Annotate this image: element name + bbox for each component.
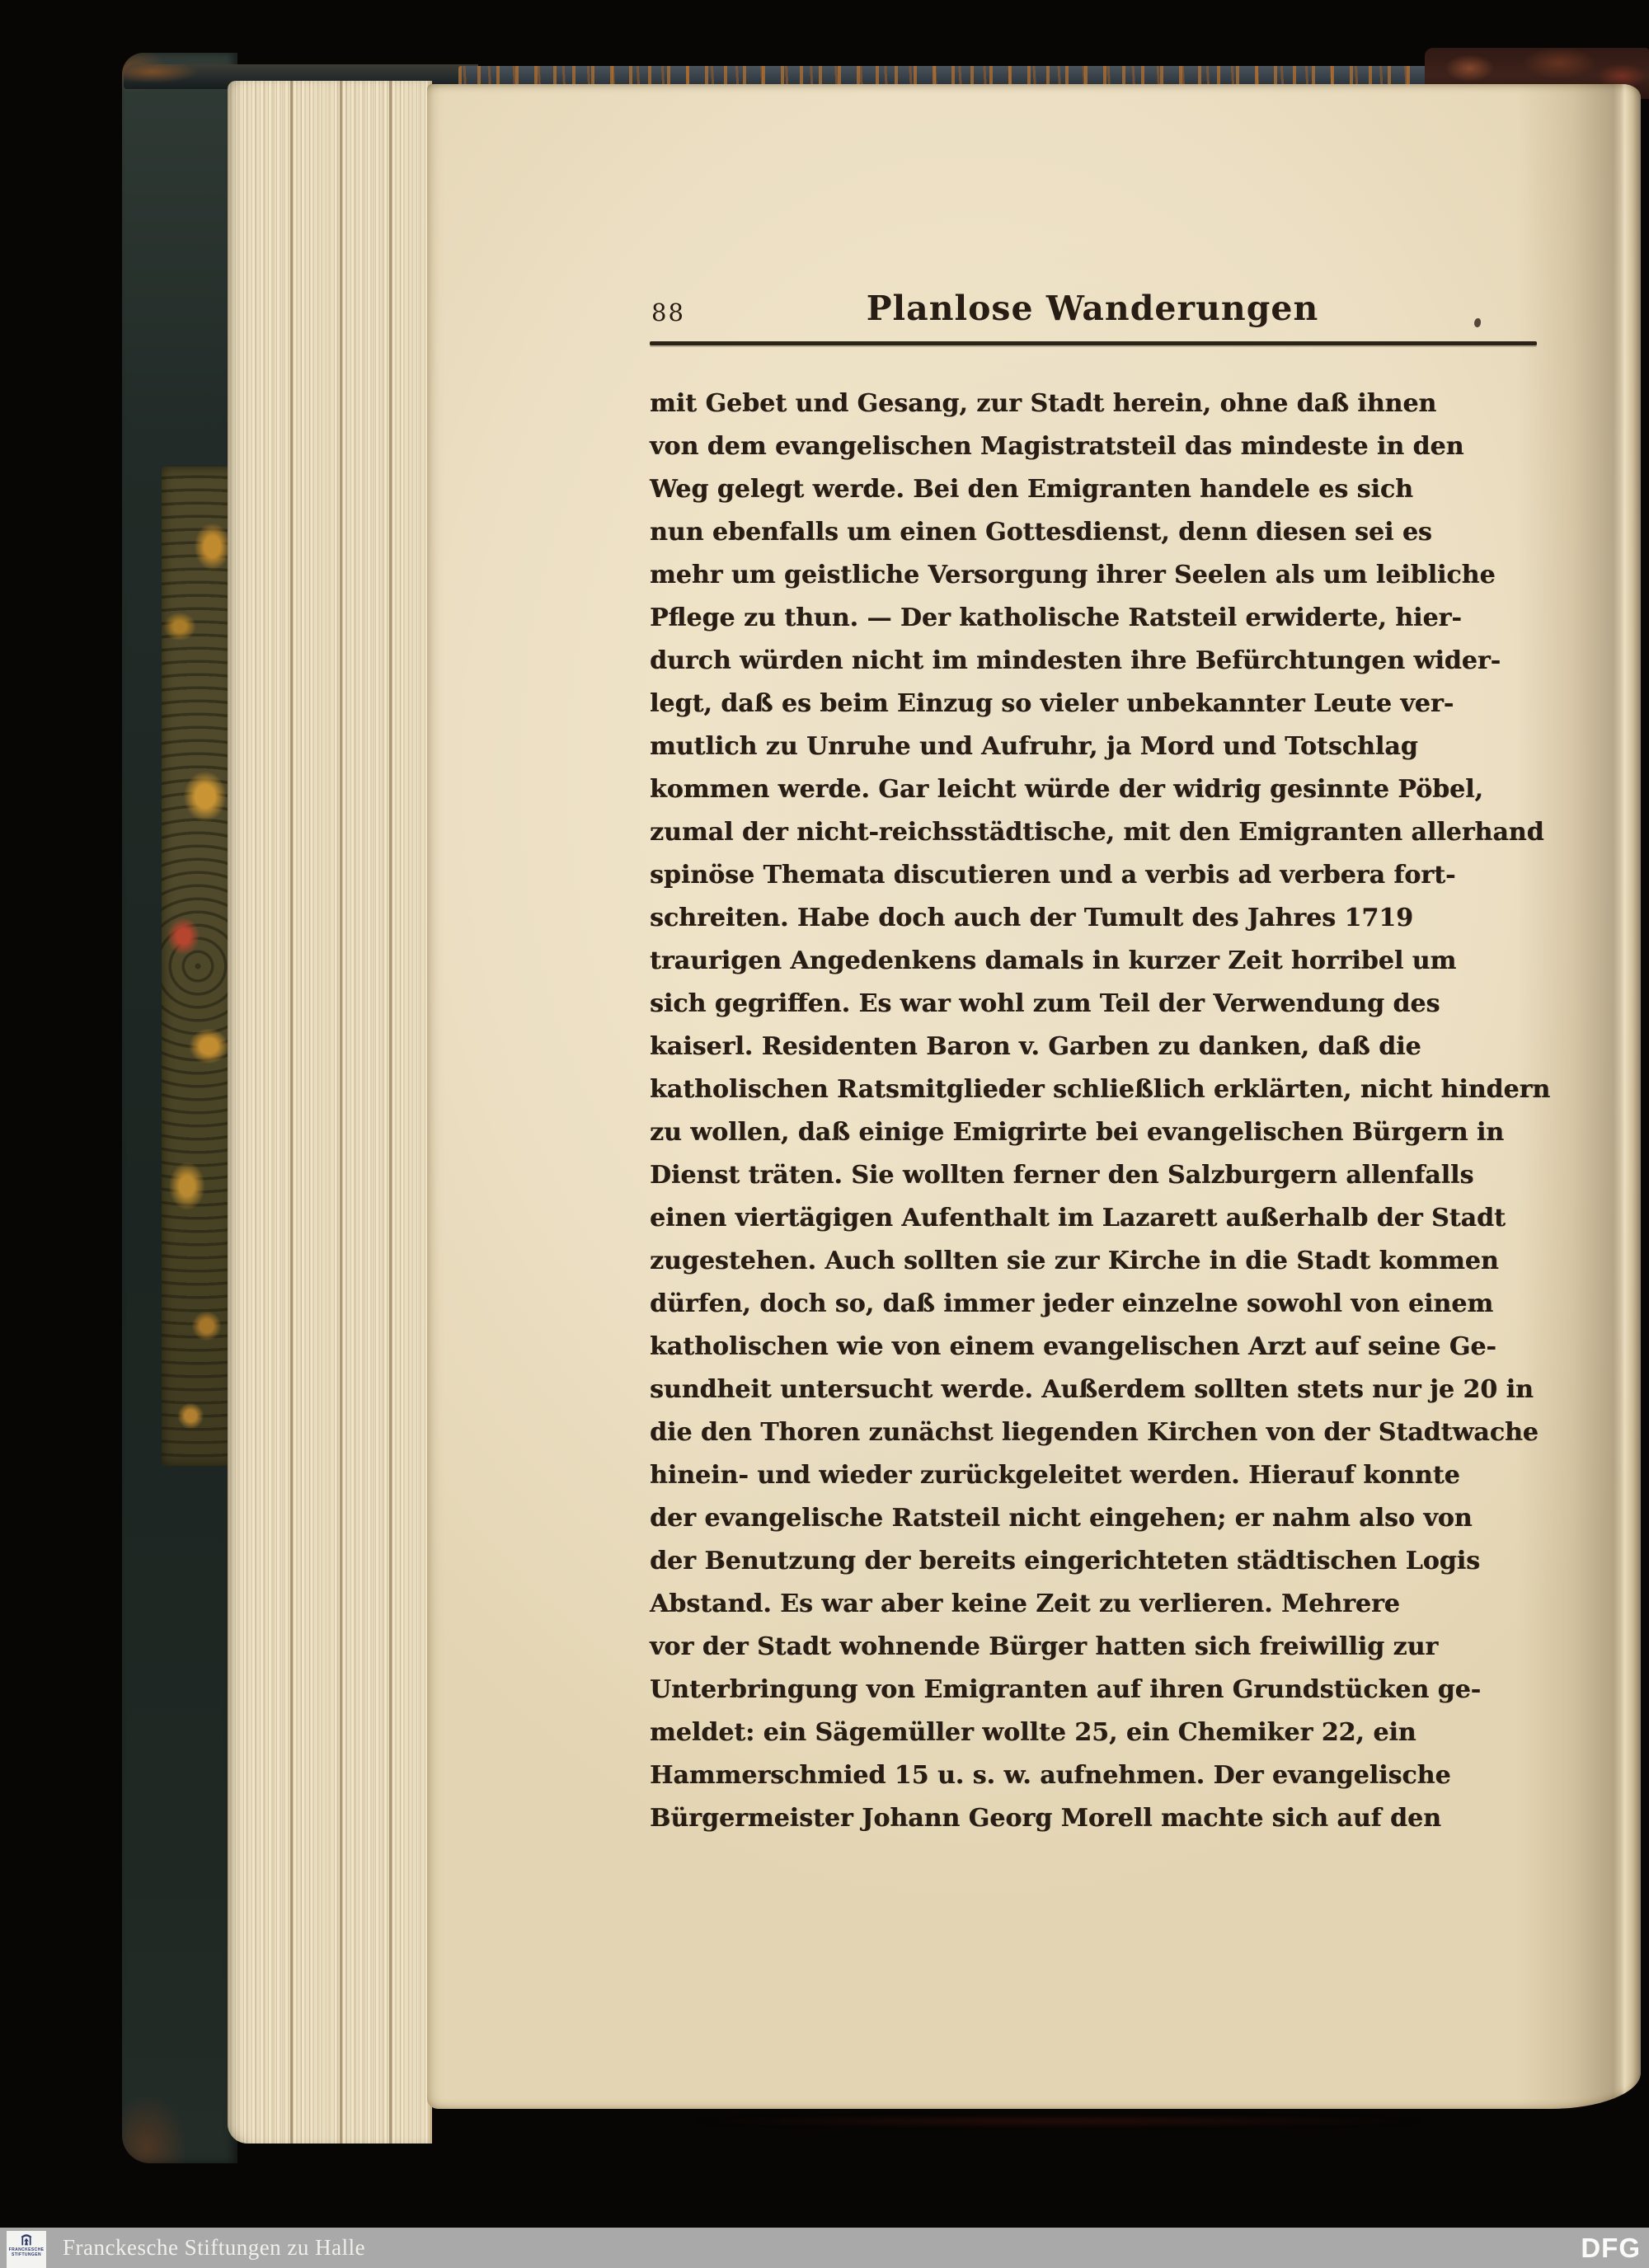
institution-label: Franckesche Stiftungen zu Halle	[63, 2228, 365, 2268]
header-rule	[650, 341, 1537, 345]
dfg-logo: DFG	[1581, 2228, 1641, 2268]
text-line: vor der Stadt wohnende Bürger hatten sic…	[650, 1626, 1535, 1669]
text-line: zu wollen, daß einige Emigrirte bei evan…	[650, 1111, 1535, 1154]
text-line: hinein- und wieder zurückgeleitet werden…	[650, 1454, 1535, 1497]
text-line: legt, daß es beim Einzug so vieler unbek…	[650, 683, 1535, 725]
text-line: kaiserl. Residenten Baron v. Garben zu d…	[650, 1026, 1535, 1068]
text-line: der Benutzung der bereits eingerichteten…	[650, 1540, 1535, 1583]
text-line: Abstand. Es war aber keine Zeit zu verli…	[650, 1583, 1535, 1626]
text-line: sich gegriffen. Es war wohl zum Teil der…	[650, 983, 1535, 1026]
text-line: Dienst träten. Sie wollten ferner den Sa…	[650, 1154, 1535, 1197]
scanned-book-photo: { "page": { "number": "88", "running_tit…	[0, 0, 1649, 2268]
text-line: dürfen, doch so, daß immer jeder einzeln…	[650, 1283, 1535, 1326]
text-line: einen viertägigen Aufenthalt im Lazarett…	[650, 1197, 1535, 1240]
text-line: zumal der nicht-reichsstädtische, mit de…	[650, 811, 1535, 854]
eagle-under-canopy-icon	[20, 2233, 33, 2247]
text-line: Bürgermeister Johann Georg Morell machte…	[650, 1797, 1535, 1840]
text-line: spinöse Themata discutieren und a verbis…	[650, 854, 1535, 897]
text-line: die den Thoren zunächst liegenden Kirche…	[650, 1411, 1535, 1454]
franckesche-stiftungen-logo: FRANCKESCHE STIFTUNGEN	[7, 2231, 46, 2268]
page-edge-stack	[228, 81, 432, 2144]
text-line: katholischen Ratsmitglieder schließlich …	[650, 1068, 1535, 1111]
text-line: zugestehen. Auch sollten sie zur Kirche …	[650, 1240, 1535, 1283]
running-title: Planlose Wanderungen	[650, 289, 1535, 328]
text-line: von dem evangelischen Magistratsteil das…	[650, 425, 1535, 468]
page-stack-gap	[290, 81, 293, 2144]
text-line: kommen werde. Gar leicht würde der widri…	[650, 768, 1535, 811]
text-line: der evangelische Ratsteil nicht eingehen…	[650, 1497, 1535, 1540]
text-line: schreiten. Habe doch auch der Tumult des…	[650, 897, 1535, 940]
text-line: durch würden nicht im mindesten ihre Bef…	[650, 640, 1535, 683]
text-line: Pflege zu thun. — Der katholische Ratste…	[650, 597, 1535, 640]
text-line: sundheit untersucht werde. Außerdem soll…	[650, 1369, 1535, 1411]
text-line: Unterbringung von Emigranten auf ihren G…	[650, 1669, 1535, 1712]
logo-caption-line2: STIFTUNGEN	[12, 2252, 41, 2257]
text-line: nun ebenfalls um einen Gottesdienst, den…	[650, 511, 1535, 554]
page-stack-gap	[389, 81, 392, 2144]
bottom-edge-smudge	[594, 2115, 1525, 2127]
text-line: Hammerschmied 15 u. s. w. aufnehmen. Der…	[650, 1754, 1535, 1797]
marbled-board-edge	[162, 467, 234, 1466]
text-line: traurigen Angedenkens damals in kurzer Z…	[650, 940, 1535, 983]
text-line: katholischen wie von einem evangelischen…	[650, 1326, 1535, 1369]
text-line: mutlich zu Unruhe und Aufruhr, ja Mord u…	[650, 725, 1535, 768]
text-line: mit Gebet und Gesang, zur Stadt herein, …	[650, 383, 1535, 425]
page-stack-gap	[340, 81, 342, 2144]
text-line: meldet: ein Sägemüller wollte 25, ein Ch…	[650, 1712, 1535, 1754]
text-line: Weg gelegt werde. Bei den Emigranten han…	[650, 468, 1535, 511]
body-text: mit Gebet und Gesang, zur Stadt herein, …	[650, 383, 1535, 1840]
text-line: mehr um geistliche Versorgung ihrer Seel…	[650, 554, 1535, 597]
